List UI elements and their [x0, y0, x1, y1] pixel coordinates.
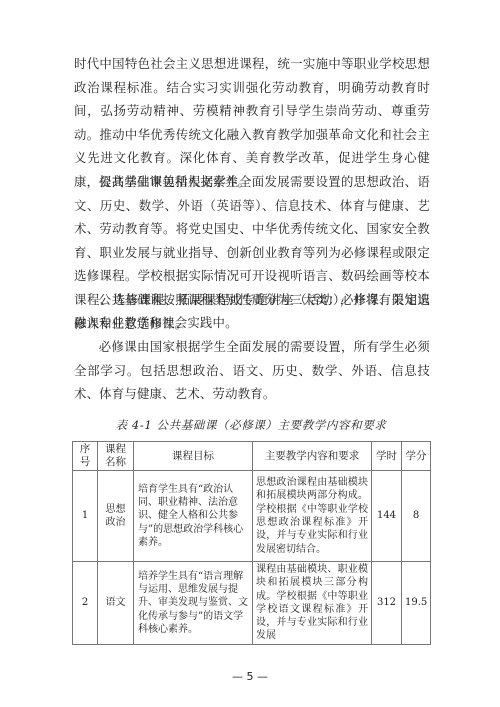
header-hours: 学时: [372, 442, 402, 471]
cell-course-goal: 培养学生具有“语言理解与运用、思维发展与提升、审美发现与鉴赏、文化传承与参与”的…: [134, 562, 253, 645]
cell-main-content: 思想政治课程由基础模块和拓展模块两部分构成。学校根据《中等职业学校思想政治课程标…: [253, 471, 372, 562]
cell-course-name: 思想政治: [98, 471, 134, 562]
cell-no: 1: [73, 471, 98, 562]
table-row: 1 思想政治 培育学生具有“政治认同、职业精神、法治意识、健全人格和公共参与”的…: [73, 471, 431, 562]
document-page: 时代中国特色社会主义思想进课程，统一实施中等职业学校思想政治课程标准。结合实习实…: [0, 0, 500, 707]
page-number: — 5 —: [0, 670, 500, 683]
cell-no: 2: [73, 562, 98, 645]
header-main-content: 主要教学内容和要求: [253, 442, 372, 471]
paragraph-4: 必修课由国家根据学生全面发展的需要设置，所有学生必须全部学习。包括思想政治、语文…: [74, 335, 430, 406]
cell-course-goal: 培育学生具有“政治认同、职业精神、法治意识、健全人格和公共参与”的思想政治学科核…: [134, 471, 253, 562]
header-course-name: 课程名称: [98, 442, 134, 471]
course-table: 序号 课程名称 课程目标 主要教学内容和要求 学时 学分 1 思想政治 培育学生…: [72, 441, 431, 645]
cell-main-content: 课程由基础模块、职业模块和拓展模块三部分构成。学校根据《中等职业学校语文课程标准…: [253, 562, 372, 645]
cell-hours: 144: [372, 471, 402, 562]
cell-credits: 19.5: [402, 562, 431, 645]
table-row: 2 语文 培养学生具有“语言理解与运用、思维发展与提升、审美发现与鉴赏、文化传承…: [73, 562, 431, 645]
header-no: 序号: [73, 442, 98, 471]
header-credits: 学分: [402, 442, 431, 471]
cell-credits: 8: [402, 471, 431, 562]
cell-hours: 312: [372, 562, 402, 645]
table-caption: 表 4-1 公共基础课（必修课）主要教学内容和要求: [72, 417, 430, 433]
header-course-goal: 课程目标: [134, 442, 253, 471]
paragraph-3: 公共基础课按照课程类别性质分为三大类：必修课、限定选修课和任意选修课。: [74, 288, 430, 335]
cell-course-name: 语文: [98, 562, 134, 645]
table-header-row: 序号 课程名称 课程目标 主要教学内容和要求 学时 学分: [73, 442, 431, 471]
